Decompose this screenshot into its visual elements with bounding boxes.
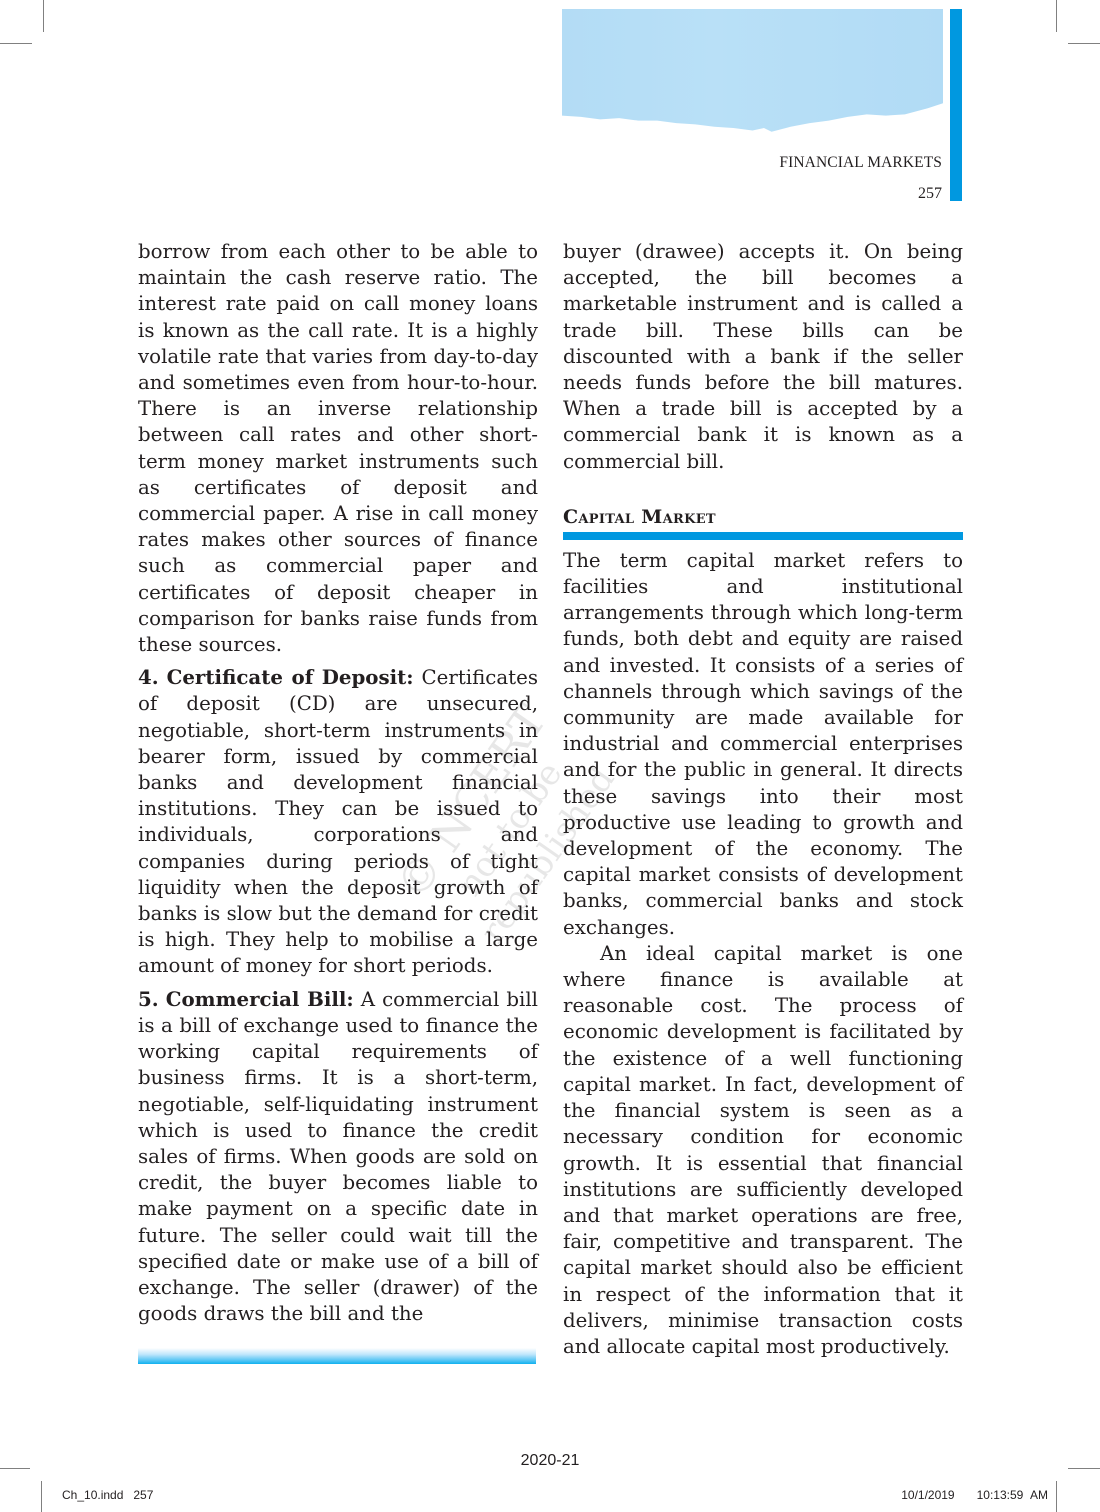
item-title: Certificate of Deposit: <box>167 665 414 689</box>
item-number: 4. <box>138 665 159 689</box>
crop-mark-top-left-h <box>0 43 32 44</box>
crop-mark-top-left-v <box>43 0 44 32</box>
list-item-commercial-bill: 5. Commercial Bill: A commercial bill is… <box>138 986 538 1328</box>
header-banner <box>562 9 943 133</box>
crop-mark-top-right-h <box>1068 43 1100 44</box>
slug-timestamp: 10/1/2019 10:13:59 AM <box>901 1488 1048 1502</box>
crop-mark-bottom-left-v <box>41 1481 42 1512</box>
footer-year: 2020-21 <box>0 1452 1100 1470</box>
page-number: 257 <box>918 185 942 203</box>
crop-mark-top-right-v <box>1056 0 1057 32</box>
item-text: Certificates of deposit (CD) are unsecur… <box>138 666 538 977</box>
continued-paragraph: buyer (drawee) accepts it. On being acce… <box>563 239 963 475</box>
left-column: borrow from each other to be able to mai… <box>138 239 538 1327</box>
right-column: buyer (drawee) accepts it. On being acce… <box>563 239 963 1360</box>
item-number: 5. <box>138 987 159 1011</box>
section-heading-rule <box>563 532 963 540</box>
running-head: FINANCIAL MARKETS <box>779 154 942 172</box>
section-heading: Capital Market <box>563 506 963 528</box>
item-title: Commercial Bill: <box>166 987 354 1011</box>
body-paragraph: An ideal capital market is one where fin… <box>563 941 963 1360</box>
list-item-certificate-of-deposit: 4. Certificate of Deposit: Certificates … <box>138 664 538 979</box>
body-paragraph: The term capital market refers to facili… <box>563 548 963 941</box>
column-bottom-rule <box>138 1348 536 1364</box>
header-accent-bar <box>950 9 962 201</box>
item-text: A commercial bill is a bill of exchange … <box>138 988 538 1325</box>
slug-file-info: Ch_10.indd 257 <box>62 1488 153 1502</box>
continued-paragraph: borrow from each other to be able to mai… <box>138 239 538 658</box>
crop-mark-bottom-right-v <box>1056 1481 1057 1512</box>
